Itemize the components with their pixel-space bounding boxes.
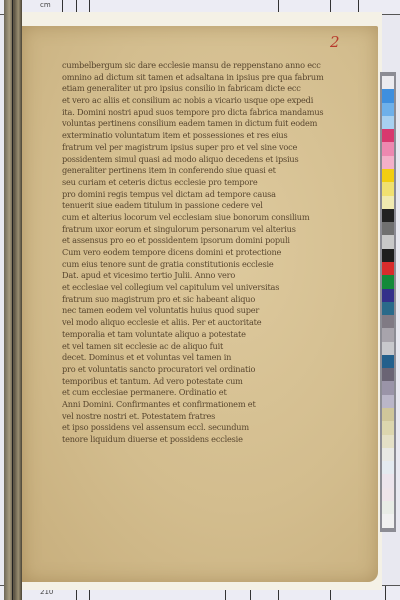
color-swatch [382, 501, 394, 514]
manuscript-line: vel nostre nostri et. Potestatem fratres [62, 411, 360, 423]
color-swatch [382, 103, 394, 116]
color-swatch [382, 129, 394, 142]
color-swatch [382, 302, 394, 315]
manuscript-line: temporalia et tam voluntate aliquo a pot… [62, 329, 360, 341]
manuscript-line: cumbelbergum sic dare ecclesie mansu de … [62, 60, 360, 72]
manuscript-line: seu curiam et ceteris dictus ecclesie pr… [62, 177, 360, 189]
manuscript-line: pro domini regis tempus vel dictam ad te… [62, 189, 360, 201]
binding-edge [12, 0, 13, 600]
manuscript-line: Dat. apud et vicesimo tertio Julii. Anno… [62, 270, 360, 282]
manuscript-line: cum et alterius locorum vel ecclesiam si… [62, 212, 360, 224]
color-swatch [382, 235, 394, 248]
manuscript-line: pro et voluntatis sancto procuratori vel… [62, 364, 360, 376]
manuscript-line: et assensus pro eo et possidentem ipsoru… [62, 235, 360, 247]
manuscript-line: generaliter pertinens item in conferendo… [62, 165, 360, 177]
ruler-tick [385, 586, 386, 600]
manuscript-line: voluntas pertinens consilium eadem tamen… [62, 118, 360, 130]
manuscript-line: possidentem simul quasi ad modo aliquo d… [62, 154, 360, 166]
manuscript-line: et ipso possidens vel assensum eccl. sec… [62, 422, 360, 434]
color-swatch [382, 488, 394, 501]
manuscript-line: vel modo aliquo ecclesie et aliis. Per e… [62, 317, 360, 329]
manuscript-line: et cum ecclesiae permanere. Ordinatio et [62, 387, 360, 399]
manuscript-line: decet. Dominus et et voluntas vel tamen … [62, 352, 360, 364]
color-swatch [382, 76, 394, 89]
color-swatch [382, 355, 394, 368]
color-swatch [382, 196, 394, 209]
color-swatch [382, 249, 394, 262]
manuscript-line: et ecclesiae vel collegium vel capitulum… [62, 282, 360, 294]
manuscript-line: fratrum suo magistrum pro et sic habeant… [62, 294, 360, 306]
color-swatch [382, 421, 394, 434]
color-swatch [382, 448, 394, 461]
color-swatch [382, 381, 394, 394]
color-swatch [382, 435, 394, 448]
manuscript-line: etiam generaliter ut pro ipsius consilio… [62, 83, 360, 95]
manuscript-line: omnino ad dictum sit tamen et adsaltana … [62, 72, 360, 84]
color-swatch [382, 142, 394, 155]
manuscript-line: ita. Domini nostri apud suos tempore pro… [62, 107, 360, 119]
manuscript-line: tenore liquidum diuerse et possidens ecc… [62, 434, 360, 446]
color-swatch [382, 514, 394, 527]
manuscript-line: fratrum uxor eorum et singulorum persona… [62, 224, 360, 236]
color-calibration-strip [382, 76, 394, 528]
manuscript-line: Cum vero eodem tempore dicens domini et … [62, 247, 360, 259]
manuscript-line: nec tamen eodem vel voluntatis huius quo… [62, 305, 360, 317]
manuscript-text: cumbelbergum sic dare ecclesie mansu de … [62, 60, 360, 446]
manuscript-line: exterminatio voluntatum item et possessi… [62, 130, 360, 142]
color-swatch [382, 368, 394, 381]
manuscript-line: et vero ac aliis et consilium ac nobis a… [62, 95, 360, 107]
folio-number: 2 [330, 33, 340, 51]
color-swatch [382, 408, 394, 421]
color-swatch [382, 395, 394, 408]
color-swatch [382, 182, 394, 195]
color-swatch [382, 474, 394, 487]
manuscript-line: et vel tamen sit ecclesie ac de aliquo f… [62, 341, 360, 353]
manuscript-line: tenuerit siue eadem titulum in passione … [62, 200, 360, 212]
color-swatch [382, 222, 394, 235]
color-swatch [382, 116, 394, 129]
color-swatch [382, 315, 394, 328]
color-swatch [382, 289, 394, 302]
ruler-label-top: cm [40, 1, 51, 9]
color-swatch [382, 169, 394, 182]
color-swatch [382, 89, 394, 102]
book-binding [4, 0, 22, 600]
manuscript-line: Anni Domini. Confirmantes et confirmatio… [62, 399, 360, 411]
manuscript-line: fratrum vel per magistrum ipsius super p… [62, 142, 360, 154]
manuscript-line: temporibus et tantum. Ad vero potestate … [62, 376, 360, 388]
color-swatch [382, 342, 394, 355]
color-swatch [382, 262, 394, 275]
color-swatch [382, 156, 394, 169]
color-swatch [382, 209, 394, 222]
color-swatch [382, 461, 394, 474]
color-swatch [382, 275, 394, 288]
manuscript-line: cum eius tenore sunt de gratia constitut… [62, 259, 360, 271]
color-swatch [382, 328, 394, 341]
